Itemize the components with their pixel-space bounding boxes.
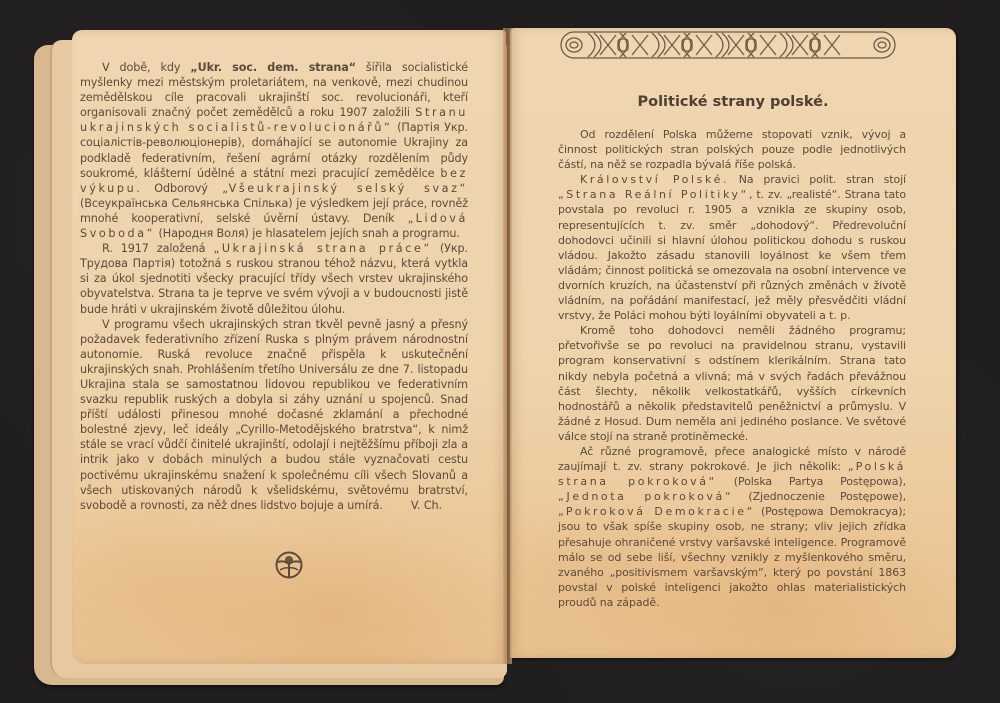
book-gutter [503, 28, 512, 664]
text-run: (Народня Воля) je hlasatelem jejích snah… [155, 227, 460, 240]
emphasized-name: „Strana Reální Politiky“ [558, 188, 749, 201]
text-run: Na pravici polit. stran stojí [729, 173, 906, 186]
text-run: (Zjednoczenie Postępowe), [733, 490, 906, 503]
paragraph: V programu všech ukrajinských stran tkvě… [80, 317, 468, 513]
text-run: , t. zv. „realisté“. Strana tato povstal… [558, 188, 906, 322]
paragraph: V době, kdy „Ukr. soc. dem. strana“ šíři… [80, 60, 468, 241]
text-run: V programu všech ukrajinských stran tkvě… [80, 318, 468, 512]
text-run: (Polska Partya Postępowa), [717, 475, 906, 488]
paragraph: Království Polské. Na pravici polit. str… [558, 172, 906, 323]
text-run: Kromě toho dohodovci neměli žádného prog… [558, 324, 906, 443]
printer-mark-emblem-icon [274, 550, 304, 580]
paragraph: Kromě toho dohodovci neměli žádného prog… [558, 323, 906, 444]
emphasized-name: Království Polské. [580, 173, 729, 186]
right-page-text: Od rozdělení Polska můžeme stopovati vzn… [558, 127, 906, 610]
emphasized-name: „Jednota pokroková“ [558, 490, 733, 503]
paragraph: Od rozdělení Polska můžeme stopovati vzn… [558, 127, 906, 172]
text-run: Od rozdělení Polska můžeme stopovati vzn… [558, 128, 906, 171]
text-run: „Ukr. soc. dem. strana“ [190, 61, 356, 74]
paragraph: R. 1917 založená „Ukrajinská strana prác… [80, 241, 468, 316]
art-nouveau-ornament-band [560, 30, 896, 60]
text-run: R. 1917 založená [102, 242, 213, 255]
text-run: (Postępowa Demokracya); jsou to však spí… [558, 505, 906, 609]
emphasized-name: „Ukrajinská strana práce“ [213, 242, 431, 255]
page-heading: Politické strany polské. [510, 94, 956, 110]
text-run: . Odborový [136, 182, 222, 195]
paragraph: Ač různé programově, přece analogické mí… [558, 444, 906, 610]
left-page-text: V době, kdy „Ukr. soc. dem. strana“ šíři… [80, 60, 468, 513]
text-run: V době, kdy [102, 61, 190, 74]
author-signature: V. Ch. [389, 498, 442, 513]
emphasized-name: „Všeukrajinský selský svaz“ [222, 182, 468, 195]
emphasized-name: „Pokroková Demokracie“ [558, 505, 755, 518]
